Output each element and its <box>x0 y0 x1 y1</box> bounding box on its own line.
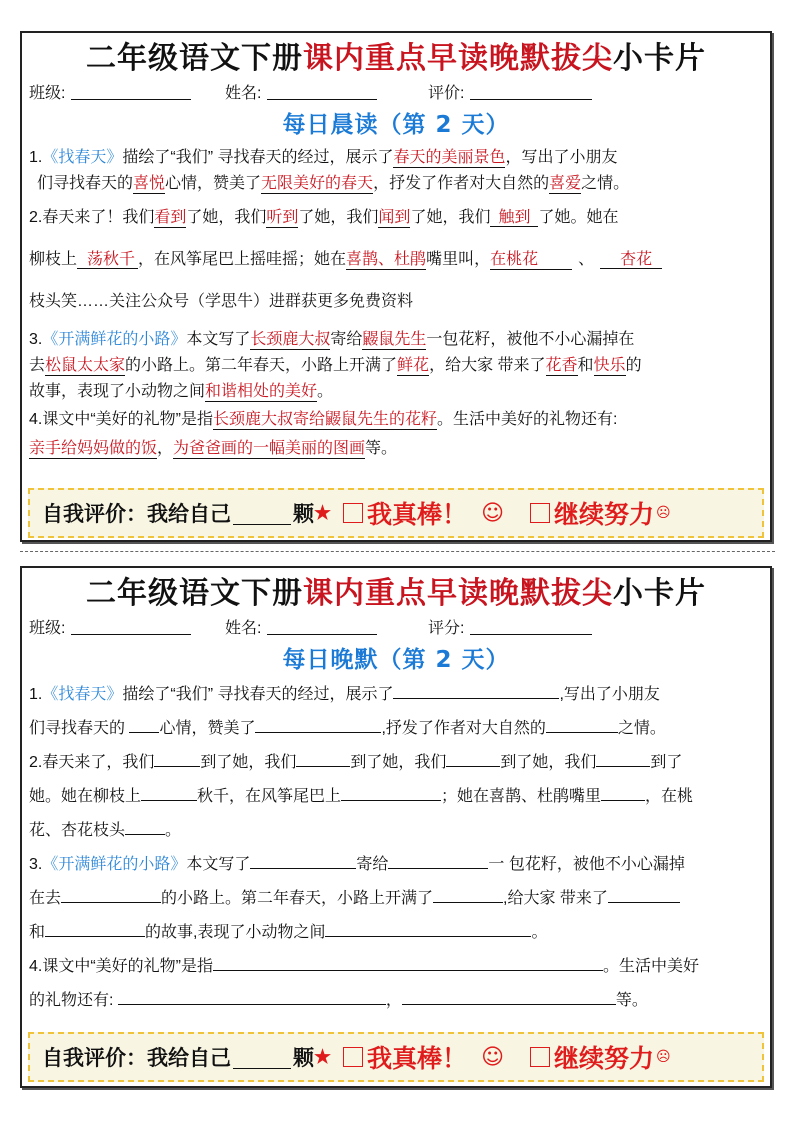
q-num: 3. <box>29 331 42 348</box>
score-input[interactable] <box>470 616 592 635</box>
text: 寄给 <box>356 856 388 873</box>
great-checkbox[interactable] <box>343 503 363 523</box>
answer: 喜爱 <box>549 175 581 194</box>
text: ，抒发了作者对大自然的 <box>373 175 549 192</box>
text: 的礼物还有: <box>29 992 118 1009</box>
q-num: 1. <box>29 149 42 166</box>
book-title: 《找春天》 <box>42 149 122 166</box>
text: 。 <box>165 822 181 839</box>
answer: 喜鹊、杜鹃 <box>346 251 426 270</box>
section-title: 每日晨读（第 2 天） <box>22 107 770 143</box>
blank-input[interactable] <box>125 817 165 835</box>
question-4: 4.课文中“美好的礼物”是指。生活中美好 的礼物还有: ，等。 <box>22 950 770 1018</box>
frown-icon: ☹ <box>656 505 671 521</box>
title-part-2: 小卡片 <box>613 41 706 76</box>
text: 到了 <box>650 754 682 771</box>
frown-icon: ☹ <box>656 1049 671 1065</box>
answer: 看到 <box>154 209 186 228</box>
card-title: 二年级语文下册课内重点早读晚默拔尖小卡片 <box>22 572 770 616</box>
text: ,抒发了作者对大自然的 <box>381 720 545 737</box>
text: 一包花籽，被他不小心漏掉在 <box>426 331 634 348</box>
class-field: 班级: <box>29 616 191 642</box>
blank-input[interactable] <box>129 715 159 733</box>
great-option-label: 我真棒！ <box>367 495 467 531</box>
keep-trying-label: 继续努力 <box>554 495 654 531</box>
book-title: 《开满鲜花的小路》 <box>42 856 186 873</box>
keep-trying-checkbox[interactable] <box>530 1047 550 1067</box>
evening-dictation-card: 二年级语文下册课内重点早读晚默拔尖小卡片 班级: 姓名: 评分: 每日晚默（第 … <box>20 566 772 1088</box>
text: 了她，我们 <box>410 209 490 226</box>
grade-field: 评价: <box>428 81 592 107</box>
text: 柳枝上 <box>29 251 77 268</box>
blank-input[interactable] <box>402 987 616 1005</box>
title-part-red: 课内重点早读晚默拔尖 <box>303 576 613 611</box>
text: 。 <box>317 383 333 400</box>
answer: 春天的美丽景色 <box>393 149 505 168</box>
title-part-1: 二年级语文下册 <box>86 41 303 76</box>
text: 和 <box>578 357 594 374</box>
blank-input[interactable] <box>608 885 680 903</box>
unit-label: 颗 <box>293 1042 314 1072</box>
text: 的 <box>626 357 642 374</box>
question-1: 1.《找春天》描绘了“我们” 寻找春天的经过，展示了,写出了小朋友 们寻找春天的… <box>22 678 770 746</box>
name-label: 姓名: <box>225 85 261 102</box>
blank-input[interactable] <box>341 783 441 801</box>
text: 寄给 <box>330 331 362 348</box>
text: 。生活中美好 <box>603 958 699 975</box>
answer: 亲手给妈妈做的饭 <box>29 440 157 459</box>
text: 。 <box>531 924 547 941</box>
text: ,写出了小朋友 <box>559 686 659 703</box>
question-3: 3.《开满鲜花的小路》本文写了寄给一 包花籽，被他不小心漏掉 在去的小路上。第二… <box>22 848 770 950</box>
text: 心情，赞美了 <box>159 720 255 737</box>
answer: 长颈鹿大叔寄给鼹鼠先生的花籽 <box>213 411 437 430</box>
star-count-input[interactable] <box>233 502 291 525</box>
text: 2.春天来了，我们 <box>29 754 154 771</box>
blank-input[interactable] <box>118 987 386 1005</box>
text: 了她，我们 <box>186 209 266 226</box>
self-eval-label: 自我评价：我给自己 <box>42 498 231 528</box>
question-2: 2.春天来了！我们看到了她，我们听到了她，我们闻到了她，我们触到了她。她在 柳枝… <box>22 197 770 323</box>
question-4: 4.课文中“美好的礼物”是指长颈鹿大叔寄给鼹鼠先生的花籽。生活中美好的礼物还有:… <box>22 405 770 463</box>
question-2: 2.春天来了，我们到了她，我们到了她，我们到了她，我们到了 她。她在柳枝上秋千，… <box>22 746 770 848</box>
answer: 荡秋千 <box>77 251 138 269</box>
student-info-row: 班级: 姓名: 评价: <box>22 81 770 107</box>
text: 了她。她在 <box>538 209 618 226</box>
score-field: 评分: <box>428 616 592 642</box>
text: ，给大家 带来了 <box>429 357 545 374</box>
smile-icon: ☺ <box>481 1045 504 1070</box>
blank-input[interactable] <box>446 749 500 767</box>
text: 她。她在柳枝上 <box>29 788 141 805</box>
blank-input[interactable] <box>45 919 145 937</box>
text: 本文写了 <box>186 856 250 873</box>
text: 本文写了 <box>186 331 250 348</box>
blank-input[interactable] <box>250 851 356 869</box>
answer: 和谐相处的美好 <box>205 383 317 402</box>
blank-input[interactable] <box>213 953 603 971</box>
unit-label: 颗 <box>293 498 314 528</box>
answer: 在桃花 <box>490 251 572 270</box>
blank-input[interactable] <box>393 681 559 699</box>
title-part-red: 课内重点早读晚默拔尖 <box>303 41 613 76</box>
text: 心情，赞美了 <box>165 175 261 192</box>
keep-trying-checkbox[interactable] <box>530 503 550 523</box>
text: 一 包花籽，被他不小心漏掉 <box>488 856 684 873</box>
text: 秋千，在风筝尾巴上 <box>197 788 341 805</box>
answer: 杏花 <box>600 251 662 269</box>
text: 4.课文中“美好的礼物”是指 <box>29 411 213 428</box>
text: 们寻找春天的 <box>29 720 129 737</box>
text: 等。 <box>616 992 648 1009</box>
self-eval-label: 自我评价：我给自己 <box>42 1042 231 1072</box>
text: 花、杏花枝头 <box>29 822 125 839</box>
text: 到了她，我们 <box>200 754 296 771</box>
text: 之情。 <box>618 720 666 737</box>
class-label: 班级: <box>29 620 65 637</box>
answer: 鲜花 <box>397 357 429 376</box>
answer: 鼹鼠先生 <box>362 331 426 350</box>
text: 和 <box>29 924 45 941</box>
text: 在去 <box>29 890 61 907</box>
great-option-label: 我真棒！ <box>367 1039 467 1075</box>
text: 了她，我们 <box>298 209 378 226</box>
answer: 触到 <box>490 209 538 227</box>
text: 的故事,表现了小动物之间 <box>145 924 325 941</box>
grade-input[interactable] <box>470 81 592 100</box>
card-title: 二年级语文下册课内重点早读晚默拔尖小卡片 <box>22 37 770 81</box>
class-label: 班级: <box>29 85 65 102</box>
answer: 喜悦 <box>133 175 165 194</box>
answer: 松鼠太太家 <box>45 357 125 376</box>
text: 到了她，我们 <box>500 754 596 771</box>
text: 的小路上。第二年春天，小路上开满了 <box>161 890 433 907</box>
text: 描绘了“我们” 寻找春天的经过，展示了 <box>122 149 393 166</box>
answer: 快乐 <box>594 357 626 376</box>
blank-input[interactable] <box>325 919 531 937</box>
great-checkbox[interactable] <box>343 1047 363 1067</box>
cut-line-divider <box>20 551 775 552</box>
name-label: 姓名: <box>225 620 261 637</box>
q-num: 3. <box>29 856 42 873</box>
blank-input[interactable] <box>61 885 161 903</box>
text: ，在风筝尾巴上摇哇摇；她在 <box>138 251 346 268</box>
name-field: 姓名: <box>225 616 377 642</box>
blank-input[interactable] <box>388 851 488 869</box>
book-title: 《找春天》 <box>42 686 122 703</box>
text: 4.课文中“美好的礼物”是指 <box>29 958 213 975</box>
self-evaluation-box: 自我评价：我给自己颗★ 我真棒！☺ 继续努力☹ <box>28 488 764 538</box>
text: 故事，表现了小动物之间 <box>29 383 205 400</box>
text: 的小路上。第二年春天，小路上开满了 <box>125 357 397 374</box>
self-evaluation-box: 自我评价：我给自己颗★ 我真棒！☺ 继续努力☹ <box>28 1032 764 1082</box>
text: ， <box>386 992 402 1009</box>
text: ；她在喜鹊、杜鹃嘴里 <box>441 788 601 805</box>
question-1: 1.《找春天》描绘了“我们” 寻找春天的经过，展示了春天的美丽景色，写出了小朋友… <box>22 145 770 197</box>
answer: 长颈鹿大叔 <box>250 331 330 350</box>
text: 、 <box>578 251 594 268</box>
name-field: 姓名: <box>225 81 377 107</box>
text: ，写出了小朋友 <box>505 149 617 166</box>
text: 嘴里叫， <box>426 251 490 268</box>
text: ,给大家 带来了 <box>503 890 608 907</box>
name-input[interactable] <box>267 81 377 100</box>
class-field: 班级: <box>29 81 191 107</box>
blank-input[interactable] <box>154 749 200 767</box>
blank-input[interactable] <box>596 749 650 767</box>
score-label: 评分: <box>428 620 464 637</box>
text: 描绘了“我们” 寻找春天的经过，展示了 <box>122 686 393 703</box>
book-title: 《开满鲜花的小路》 <box>42 331 186 348</box>
blank-input[interactable] <box>141 783 197 801</box>
text: 之情。 <box>581 175 629 192</box>
class-input[interactable] <box>71 81 191 100</box>
blank-input[interactable] <box>601 783 645 801</box>
section-title: 每日晚默（第 2 天） <box>22 642 770 678</box>
text: 2.春天来了！我们 <box>29 209 154 226</box>
text: 们寻找春天的 <box>37 175 133 192</box>
blank-input[interactable] <box>255 715 381 733</box>
blank-input[interactable] <box>433 885 503 903</box>
text: 去 <box>29 357 45 374</box>
title-part-1: 二年级语文下册 <box>86 576 303 611</box>
blank-input[interactable] <box>546 715 618 733</box>
text: 等。 <box>365 440 397 457</box>
title-part-2: 小卡片 <box>613 576 706 611</box>
text: 。生活中美好的礼物还有: <box>437 411 617 428</box>
answer: 闻到 <box>378 209 410 228</box>
morning-reading-card: 二年级语文下册课内重点早读晚默拔尖小卡片 班级: 姓名: 评价: 每日晨读（第 … <box>20 31 772 542</box>
class-input[interactable] <box>71 616 191 635</box>
name-input[interactable] <box>267 616 377 635</box>
keep-trying-label: 继续努力 <box>554 1039 654 1075</box>
text: 枝头笑……关注公众号（学思牛）进群获更多免费资料 <box>29 293 413 310</box>
answer: 听到 <box>266 209 298 228</box>
grade-label: 评价: <box>428 85 464 102</box>
star-count-input[interactable] <box>233 1046 291 1069</box>
question-3: 3.《开满鲜花的小路》本文写了长颈鹿大叔寄给鼹鼠先生一包花籽，被他不小心漏掉在 … <box>22 327 770 405</box>
answer: 花香 <box>546 357 578 376</box>
blank-input[interactable] <box>296 749 350 767</box>
star-icon: ★ <box>314 1046 331 1068</box>
text: 到了她，我们 <box>350 754 446 771</box>
answer: 为爸爸画的一幅美丽的图画 <box>173 440 365 459</box>
answer: 无限美好的春天 <box>261 175 373 194</box>
star-icon: ★ <box>314 502 331 524</box>
student-info-row: 班级: 姓名: 评分: <box>22 616 770 642</box>
text: ， <box>157 440 173 457</box>
smile-icon: ☺ <box>481 501 504 526</box>
q-num: 1. <box>29 686 42 703</box>
text: ，在桃 <box>645 788 693 805</box>
